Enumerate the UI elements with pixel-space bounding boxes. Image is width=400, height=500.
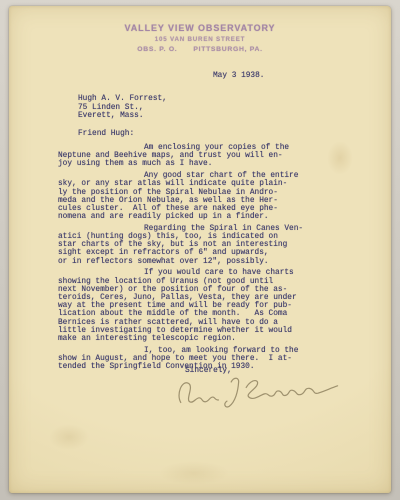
letter-page: VALLEY VIEW OBSERVATORY 105 VAN BUREN ST…	[9, 6, 391, 493]
signature	[174, 366, 344, 417]
letterhead-organization: VALLEY VIEW OBSERVATORY	[9, 23, 391, 33]
letterhead-location-line: OBS. P. O. PITTSBURGH, PA.	[9, 46, 391, 53]
paper-stain	[159, 461, 229, 485]
body-paragraph-2: Any good star chart of the entire sky, o…	[58, 172, 330, 221]
recipient-name: Hugh A. V. Forrest,	[78, 95, 167, 104]
recipient-city: Everett, Mass.	[78, 112, 167, 121]
letterhead-city: PITTSBURGH, PA.	[193, 46, 262, 53]
body-paragraph-3: Regarding the Spiral in Canes Ven- atici…	[58, 225, 330, 266]
letterhead-stamp: VALLEY VIEW OBSERVATORY 105 VAN BUREN ST…	[9, 23, 391, 53]
scan-background: VALLEY VIEW OBSERVATORY 105 VAN BUREN ST…	[0, 0, 400, 500]
signature-stroke	[178, 373, 338, 410]
date-line: May 3 1938.	[213, 72, 264, 80]
recipient-street: 75 Linden St.,	[78, 104, 167, 113]
letterhead-street: 105 VAN BUREN STREET	[9, 36, 391, 43]
salutation: Friend Hugh:	[78, 130, 134, 138]
letter-body: Am enclosing your copies of the Neptune …	[58, 144, 330, 375]
paper-stain	[327, 141, 353, 175]
body-paragraph-4: If you would care to have charts showing…	[58, 269, 330, 343]
body-paragraph-1: Am enclosing your copies of the Neptune …	[58, 144, 330, 169]
letterhead-post-office: OBS. P. O.	[137, 46, 177, 53]
recipient-address: Hugh A. V. Forrest, 75 Linden St., Evere…	[78, 95, 167, 121]
paper-stain	[49, 424, 89, 450]
